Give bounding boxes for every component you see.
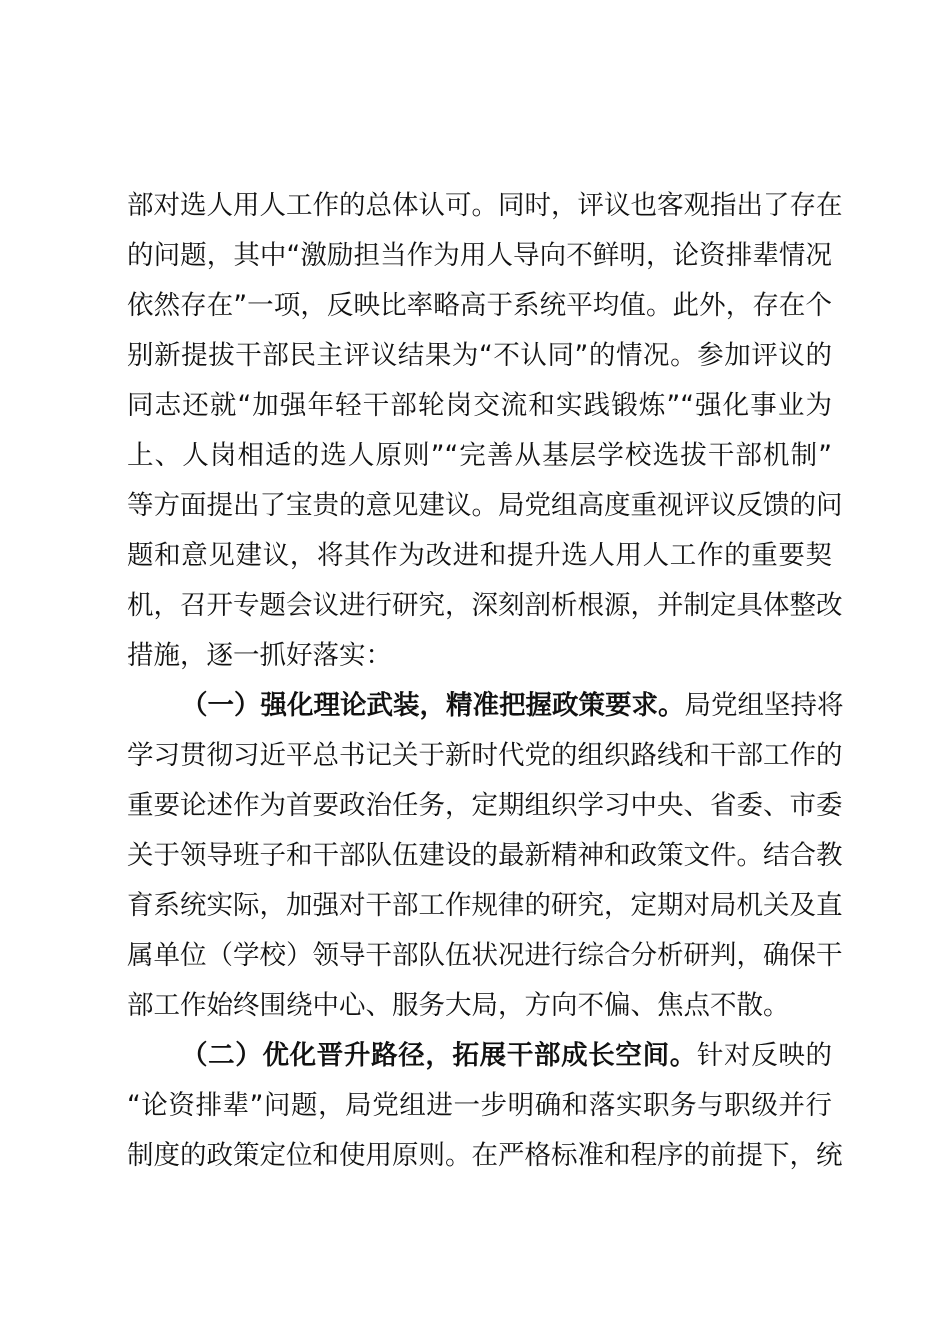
section-1-first-line: （一）强化理论武装，精准把握政策要求。局党组坚持将 [127, 681, 832, 731]
paragraph-line: 等方面提出了宝贵的意见建议。局党组高度重视评议反馈的问 [127, 481, 832, 531]
paragraph-line: 部对选人用人工作的总体认可。同时，评议也客观指出了存在 [127, 181, 832, 231]
section-1-line: 育系统实际，加强对干部工作规律的研究，定期对局机关及直 [127, 881, 832, 931]
section-1-line: 属单位（学校）领导干部队伍状况进行综合分析研判，确保干 [127, 931, 832, 981]
paragraph-line: 题和意见建议，将其作为改进和提升选人用人工作的重要契 [127, 531, 832, 581]
paragraph-line: 别新提拔干部民主评议结果为“不认同”的情况。参加评议的 [127, 331, 832, 381]
paragraph-line: 上、人岗相适的选人原则”“完善从基层学校选拔干部机制” [127, 431, 832, 481]
paragraph-line: 机，召开专题会议进行研究，深刻剖析根源，并制定具体整改 [127, 581, 832, 631]
document-page: 部对选人用人工作的总体认可。同时，评议也客观指出了存在 的问题，其中“激励担当作… [0, 0, 950, 1344]
section-1-line: 关于领导班子和干部队伍建设的最新精神和政策文件。结合教 [127, 831, 832, 881]
document-body: 部对选人用人工作的总体认可。同时，评议也客观指出了存在 的问题，其中“激励担当作… [127, 181, 832, 1181]
section-2-line: “论资排辈”问题，局党组进一步明确和落实职务与职级并行 [127, 1081, 832, 1131]
section-2-first-line: （二）优化晋升路径，拓展干部成长空间。针对反映的 [127, 1031, 832, 1081]
section-2-heading: （二）优化晋升路径，拓展干部成长空间。 [181, 1040, 697, 1071]
paragraph-line: 依然存在”一项，反映比率略高于系统平均值。此外，存在个 [127, 281, 832, 331]
paragraph-line: 措施，逐一抓好落实： [127, 631, 832, 681]
section-1-line: 部工作始终围绕中心、服务大局，方向不偏、焦点不散。 [127, 981, 832, 1031]
paragraph-line: 同志还就“加强年轻干部轮岗交流和实践锻炼”“强化事业为 [127, 381, 832, 431]
section-1-heading: （一）强化理论武装，精准把握政策要求。 [181, 690, 685, 721]
section-1-text: 局党组坚持将 [685, 690, 844, 721]
section-1-line: 学习贯彻习近平总书记关于新时代党的组织路线和干部工作的 [127, 731, 832, 781]
section-2-text: 针对反映的 [697, 1040, 832, 1071]
paragraph-line: 的问题，其中“激励担当作为用人导向不鲜明，论资排辈情况 [127, 231, 832, 281]
section-1-line: 重要论述作为首要政治任务，定期组织学习中央、省委、市委 [127, 781, 832, 831]
section-2-line: 制度的政策定位和使用原则。在严格标准和程序的前提下，统 [127, 1131, 832, 1181]
